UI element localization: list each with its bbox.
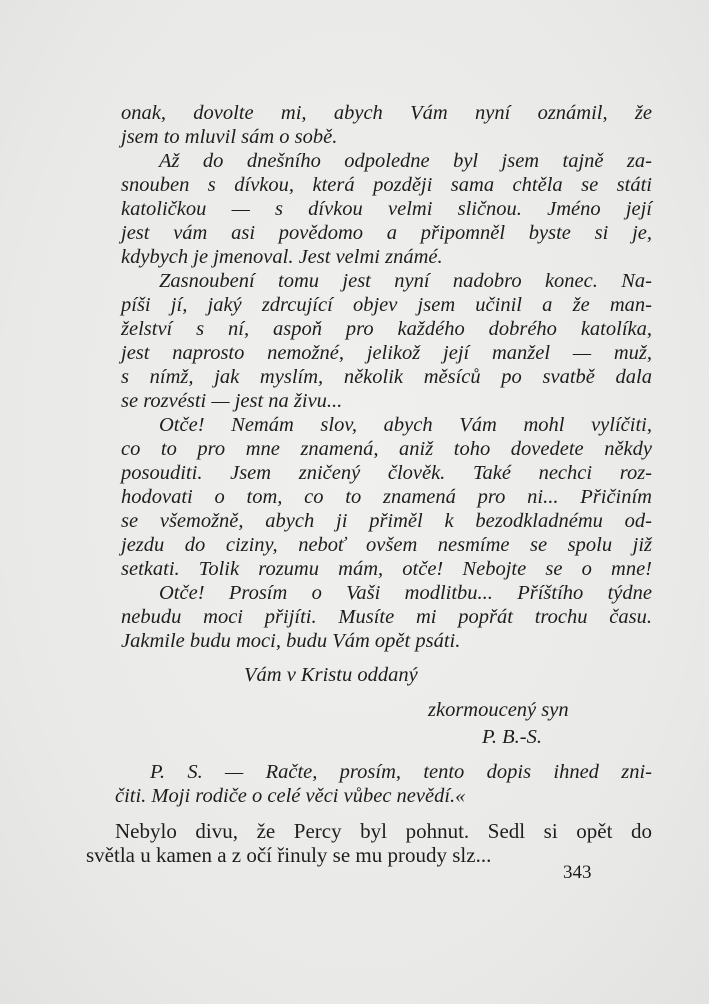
letter-line: jsem to mluvil sám o sobě. [121,125,337,149]
postscript-line: P. S. — Račte, prosím, tento dopis ihned… [150,760,652,784]
letter-line: píši jí, jaký zdrcující objev jsem učini… [121,293,652,317]
letter-line: kdybych je jmenoval. Jest velmi známé. [121,245,443,269]
letter-line: jezdu do ciziny, neboť ovšem nesmíme se … [121,533,652,557]
letter-line: posouditi. Jsem zničený člověk. Také nec… [121,461,652,485]
letter-line: se všemožně, abych ji přiměl k bezodklad… [121,509,652,533]
book-page: onak, dovolte mi, abych Vám nyní oznámil… [0,0,709,1004]
letter-line: katoličkou — s dívkou velmi sličnou. Jmé… [121,197,652,221]
postscript-line: čiti. Moji rodiče o celé věci vůbec nevě… [115,784,465,808]
letter-line: Otče! Prosím o Vaši modlitbu... Příštího… [159,581,652,605]
letter-line: setkati. Tolik rozumu mám, otče! Nebojte… [121,557,652,581]
letter-line: jest vám asi povědomo a připomněl byste … [121,221,652,245]
letter-line: onak, dovolte mi, abych Vám nyní oznámil… [121,101,652,125]
letter-closing: Vám v Kristu oddaný [244,663,418,687]
letter-line: co to pro mne znamená, aniž toho dovedet… [121,437,652,461]
letter-line: se rozvésti — jest na živu... [121,389,342,413]
letter-line: Otče! Nemám slov, abych Vám mohl vylíčit… [159,413,652,437]
letter-line: snouben s dívkou, která později sama cht… [121,173,652,197]
letter-line: jest naprosto nemožné, jelikož její manž… [121,341,652,365]
letter-closing-sender: zkormoucený syn [428,698,569,722]
page-number: 343 [563,862,592,884]
letter-line: hodovati o tom, co to znamená pro ni... … [121,485,652,509]
letter-signature: P. B.-S. [482,725,542,749]
letter-line: Jakmile budu moci, budu Vám opět psáti. [121,629,460,653]
narrative-line: světla u kamen a z očí řinuly se mu prou… [86,843,491,867]
letter-line: Až do dnešního odpoledne byl jsem tajně … [159,149,652,173]
narrative-line: Nebylo divu, že Percy byl pohnut. Sedl s… [115,819,652,843]
letter-line: nebudu moci přijíti. Musíte mi popřát tr… [121,605,652,629]
letter-line: Zasnoubení tomu jest nyní nadobro konec.… [159,269,652,293]
letter-line: s nímž, jak myslím, několik měsíců po sv… [121,365,652,389]
letter-line: želství s ní, aspoň pro každého dobrého … [121,317,652,341]
